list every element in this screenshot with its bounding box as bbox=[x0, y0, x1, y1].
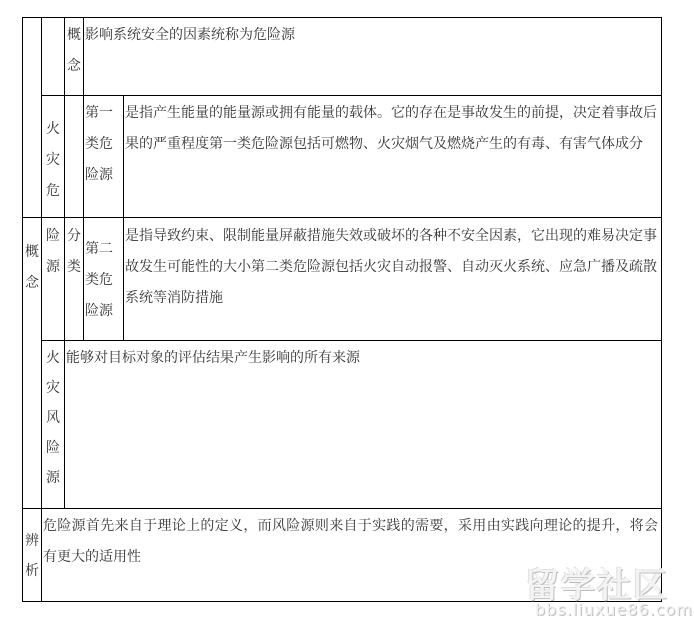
v-line-1 bbox=[41, 17, 42, 602]
row3-sub-label: 第二类危险源 bbox=[85, 234, 121, 327]
h-line-top bbox=[22, 17, 662, 18]
row1-text: 影响系统安全的因素统称为危险源 bbox=[85, 20, 657, 51]
row4-label: 火灾风险源 bbox=[43, 343, 63, 493]
row3-group-label: 险源 bbox=[43, 221, 63, 283]
watermark-logo: 留学社区 bbs.liuxue86.com bbox=[525, 558, 685, 624]
h-line-3 bbox=[41, 340, 662, 341]
row3-outer-label: 概念 bbox=[23, 237, 41, 299]
watermark-url: bbs.liuxue86.com bbox=[535, 600, 693, 619]
row3-text: 是指导致约束、限制能量屏蔽措施失效或破坏的各种不安全因素，它出现的难易决定事故发… bbox=[125, 221, 657, 314]
h-line-1 bbox=[41, 95, 662, 96]
v-line-3 bbox=[83, 17, 84, 340]
row3-class-label: 分类 bbox=[65, 221, 83, 283]
v-line-4 bbox=[123, 95, 124, 340]
h-line-4 bbox=[22, 508, 662, 509]
v-line-right bbox=[661, 17, 662, 602]
v-line-left bbox=[22, 17, 23, 602]
row2-text: 是指产生能量的能量源或拥有能量的载体。它的存在是事故发生的前提，决定着事故后果的… bbox=[125, 98, 657, 160]
row1-label: 概念 bbox=[65, 20, 83, 82]
h-line-2 bbox=[22, 217, 662, 218]
row4-text: 能够对目标对象的评估结果产生影响的所有来源 bbox=[66, 343, 656, 374]
row5-label: 辨析 bbox=[23, 526, 41, 586]
row2-group-label: 火灾危 bbox=[43, 114, 63, 207]
row2-sub-label: 第一类危险源 bbox=[85, 98, 121, 191]
